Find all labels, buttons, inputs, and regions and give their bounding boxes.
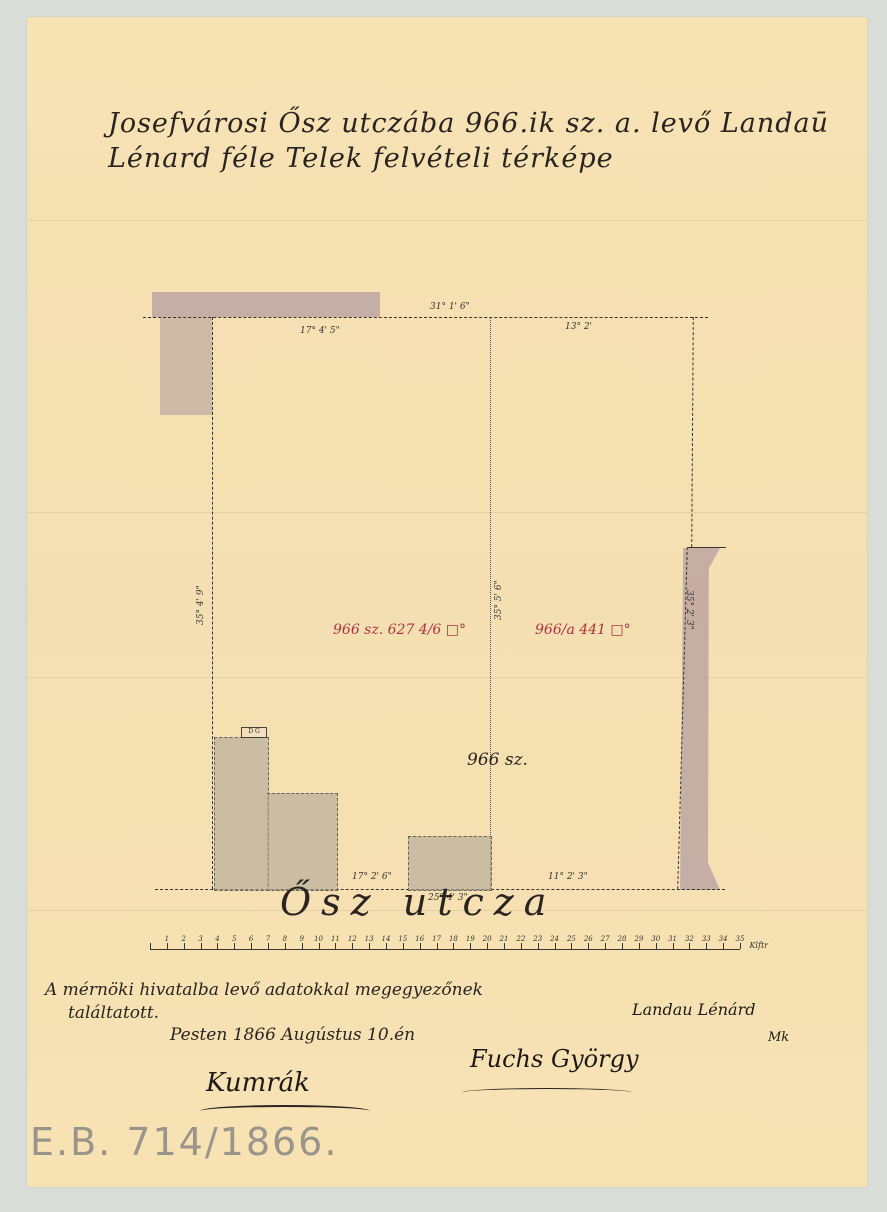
scale-tick xyxy=(521,943,522,949)
dim-left-side: 35° 4' 9" xyxy=(196,585,206,625)
scale-tick xyxy=(689,943,690,949)
scale-tick-label: 1 xyxy=(165,935,169,943)
scale-tick xyxy=(201,943,202,949)
scale-tick-label: 27 xyxy=(601,935,610,943)
plot-top-boundary xyxy=(143,317,708,318)
scale-tick-label: 5 xyxy=(232,935,236,943)
building-left-wing xyxy=(214,737,269,891)
scale-tick-label: 9 xyxy=(299,935,303,943)
certification-line-1: A mérnöki hivatalba levő adatokkal megeg… xyxy=(45,980,483,1000)
scale-tick xyxy=(217,943,218,949)
scale-tick xyxy=(386,943,387,949)
scale-tick-label: 6 xyxy=(249,935,253,943)
dim-right-side: 35° 2' 3" xyxy=(684,590,694,630)
scale-tick-label: 23 xyxy=(533,935,542,943)
scale-tick xyxy=(335,943,336,949)
scale-tick xyxy=(184,943,185,949)
scale-tick xyxy=(656,943,657,949)
scale-tick-label: 16 xyxy=(415,935,424,943)
scale-tick-label: 32 xyxy=(685,935,694,943)
scale-tick-label: 3 xyxy=(198,935,202,943)
scale-tick xyxy=(369,943,370,949)
signature-underline xyxy=(200,1105,370,1117)
scale-tick xyxy=(420,943,421,949)
scale-tick-label: 2 xyxy=(181,935,185,943)
scale-tick xyxy=(555,943,556,949)
scale-tick-label: 17 xyxy=(432,935,441,943)
scale-tick-label: 14 xyxy=(382,935,391,943)
scale-tick xyxy=(571,943,572,949)
scale-tick xyxy=(504,943,505,949)
scale-tick xyxy=(302,943,303,949)
scale-tick-label: 8 xyxy=(283,935,287,943)
signature-owner: Landau Lénárd xyxy=(632,1000,755,1019)
scale-tick xyxy=(437,943,438,949)
scale-tick-label: 31 xyxy=(668,935,677,943)
scale-tick-label: 18 xyxy=(449,935,458,943)
scale-tick xyxy=(622,943,623,949)
building-left-base xyxy=(267,793,338,891)
street-name: Ősz utcza xyxy=(280,880,556,924)
scale-tick-label: 28 xyxy=(618,935,627,943)
scale-tick-label: 12 xyxy=(348,935,357,943)
scale-tick-label: 35 xyxy=(736,935,745,943)
scale-tick-label: 30 xyxy=(651,935,660,943)
scale-tick-label: 34 xyxy=(719,935,728,943)
scale-tick-label: 20 xyxy=(483,935,492,943)
scale-tick xyxy=(167,943,168,949)
scale-tick xyxy=(470,943,471,949)
scale-bar: 1234567891011121314151617181920212223242… xyxy=(150,935,750,959)
neighbour-building-top xyxy=(152,292,380,317)
map-title-line-1: Josefvárosi Ősz utczába 966.ik sz. a. le… xyxy=(108,108,828,139)
parcel-divider xyxy=(490,317,491,889)
map-title-line-2: Lénard féle Telek felvételi térképe xyxy=(108,143,828,174)
right-neighbour-edge xyxy=(688,547,726,548)
scale-tick xyxy=(268,943,269,949)
scale-tick xyxy=(352,943,353,949)
scale-tick-label: 15 xyxy=(398,935,407,943)
small-structure: D G xyxy=(241,727,267,738)
scale-tick xyxy=(150,943,151,949)
scale-tick xyxy=(487,943,488,949)
plot-number: 966 sz. xyxy=(467,750,528,770)
scale-tick xyxy=(234,943,235,949)
plot-left-boundary xyxy=(212,317,213,889)
scale-tick xyxy=(639,943,640,949)
scale-tick xyxy=(319,943,320,949)
scale-tick-label: 13 xyxy=(365,935,374,943)
scale-tick-label: 22 xyxy=(516,935,525,943)
scale-tick xyxy=(740,943,741,949)
archive-reference: E.B. 714/1866. xyxy=(30,1120,338,1164)
signature-official-right: Fuchs György xyxy=(470,1045,639,1073)
dim-middle: 35° 5' 6" xyxy=(494,580,504,620)
parcel-area-right: 966/a 441 □° xyxy=(535,622,631,638)
scale-tick-label: 10 xyxy=(314,935,323,943)
scale-tick xyxy=(453,943,454,949)
scale-tick-label: 33 xyxy=(702,935,711,943)
scale-tick-label: 11 xyxy=(331,935,340,943)
neighbour-building-top-left xyxy=(160,317,212,415)
scale-tick-label: 29 xyxy=(634,935,643,943)
parcel-area-left: 966 sz. 627 4/6 □° xyxy=(333,622,466,638)
scale-tick xyxy=(403,943,404,949)
scale-line xyxy=(150,949,740,950)
scale-tick-label: 21 xyxy=(500,935,509,943)
scale-tick-label: 26 xyxy=(584,935,593,943)
signature-underline xyxy=(462,1088,632,1097)
place-date: Pesten 1866 Augústus 10.én xyxy=(170,1025,415,1045)
dim-top-left: 17° 4' 5" xyxy=(300,326,340,336)
scale-tick xyxy=(723,943,724,949)
certification-line-2: találtatott. xyxy=(68,1003,159,1023)
fold-line xyxy=(27,220,867,221)
scale-tick xyxy=(605,943,606,949)
scale-tick-label: 7 xyxy=(266,935,270,943)
dim-top-total: 31° 1' 6" xyxy=(430,302,470,312)
scale-tick-label: 24 xyxy=(550,935,559,943)
scale-tick xyxy=(673,943,674,949)
scale-tick xyxy=(285,943,286,949)
scale-tick xyxy=(588,943,589,949)
scale-tick-label: 4 xyxy=(215,935,219,943)
scale-tick xyxy=(706,943,707,949)
scale-tick xyxy=(538,943,539,949)
fold-line xyxy=(27,677,867,678)
scale-tick-label: 25 xyxy=(567,935,576,943)
fold-line xyxy=(27,512,867,513)
scale-unit: Klftr xyxy=(749,941,768,950)
scale-tick xyxy=(251,943,252,949)
scale-tick-label: 19 xyxy=(466,935,475,943)
dim-top-right: 13° 2' xyxy=(565,322,592,332)
owner-mark: Mk xyxy=(768,1030,789,1045)
signature-official-left: Kumrák xyxy=(206,1068,310,1098)
